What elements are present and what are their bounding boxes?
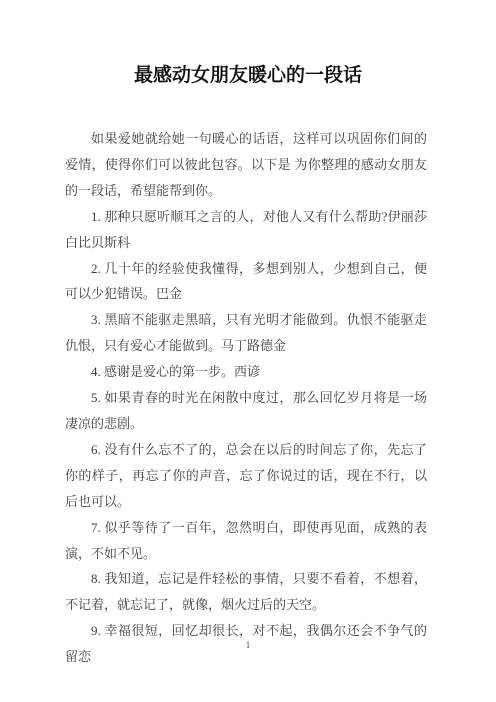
document-page: 最感动女朋友暖心的一段话 如果爱她就给她一句暖心的话语，这样可以巩固你们间的爱情…: [0, 0, 496, 702]
list-item-5: 5. 如果青春的时光在闲散中度过，那么回忆岁月将是一场凄凉的悲剧。: [65, 385, 427, 437]
list-item-2: 2. 几十年的经验使我懂得，多想到别人，少想到自己，便可以少犯错误。巴金: [65, 256, 427, 308]
list-item-4: 4. 感谢是爱心的第一步。西谚: [65, 359, 427, 385]
list-item-6: 6. 没有什么忘不了的，总会在以后的时间忘了你，先忘了你的样子，再忘了你的声音，…: [65, 437, 427, 515]
list-item-1: 1. 那种只愿听顺耳之言的人，对他人又有什么帮助?伊丽莎白比贝斯科: [65, 204, 427, 256]
document-body: 如果爱她就给她一句暖心的话语，这样可以巩固你们间的爱情，使得你们可以彼此包容。以…: [65, 126, 427, 670]
intro-paragraph: 如果爱她就给她一句暖心的话语，这样可以巩固你们间的爱情，使得你们可以彼此包容。以…: [65, 126, 427, 204]
document-title: 最感动女朋友暖心的一段话: [0, 62, 496, 90]
list-item-8: 8. 我知道，忘记是件轻松的事情，只要不看着，不想着，不记着，就忘记了，就像，烟…: [65, 566, 427, 618]
list-item-7: 7. 似乎等待了一百年，忽然明白，即使再见面，成熟的表演，不如不见。: [65, 515, 427, 567]
list-item-3: 3. 黑暗不能驱走黑暗，只有光明才能做到。仇恨不能驱走仇恨，只有爱心才能做到。马…: [65, 307, 427, 359]
page-number: 1: [0, 639, 496, 651]
